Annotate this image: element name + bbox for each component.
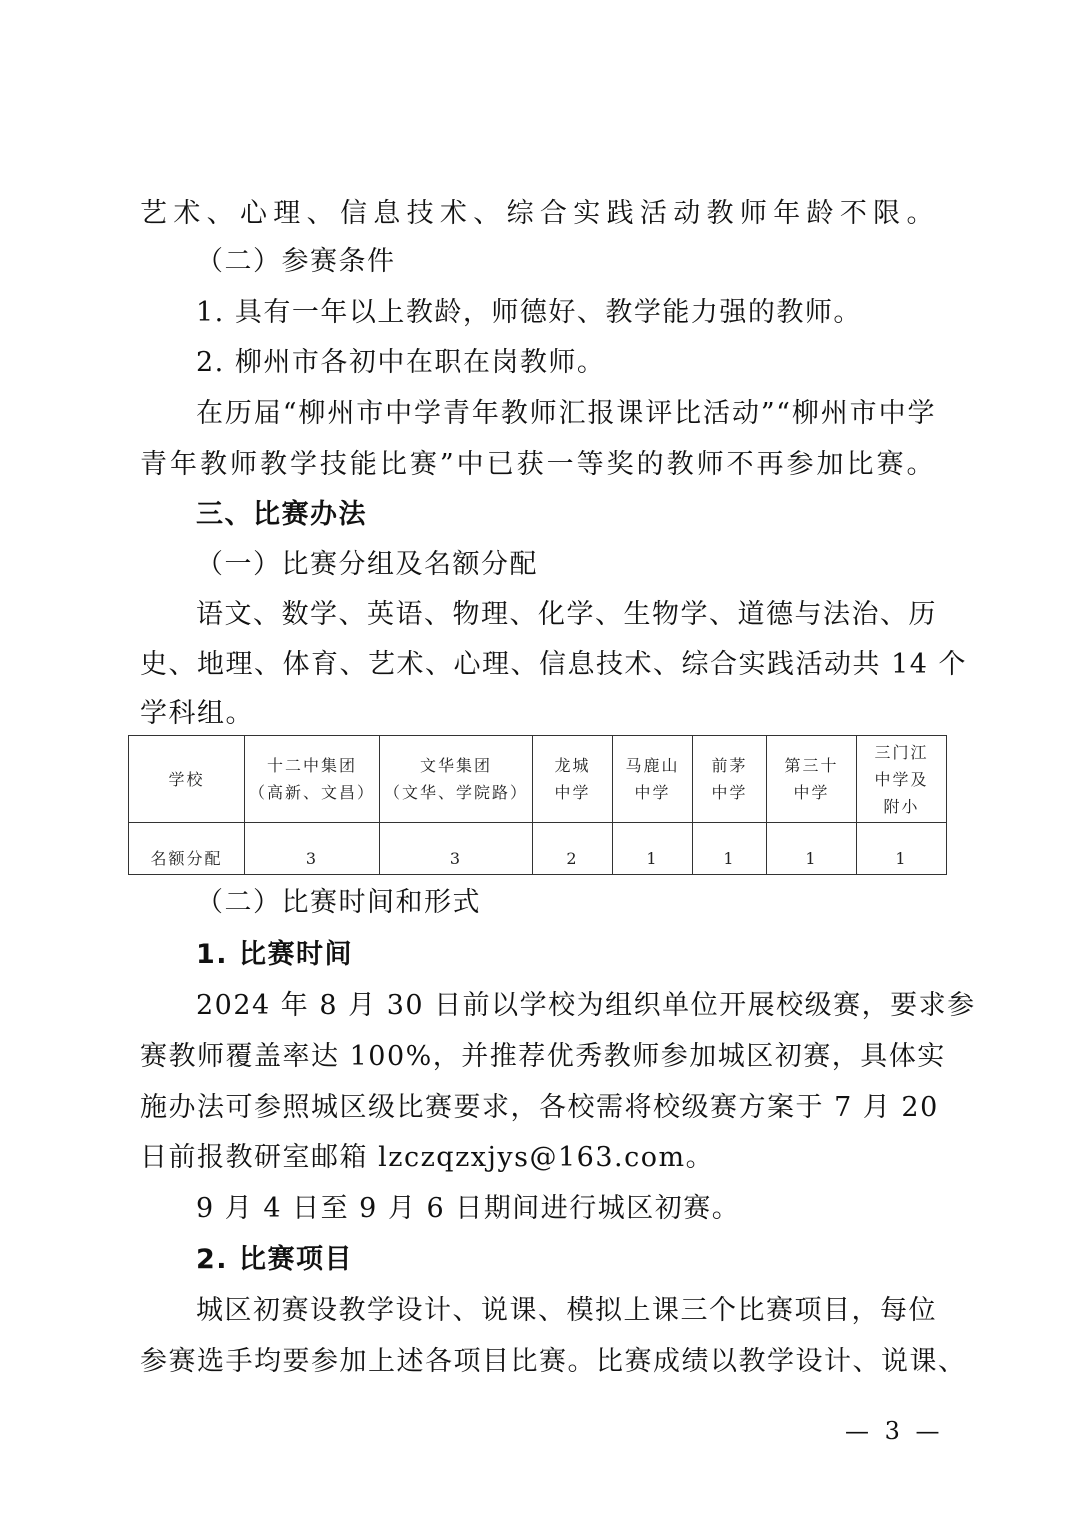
subheading-conditions: （二）参赛条件 [196, 245, 396, 279]
table-cell-school: 马鹿山中学 [613, 736, 693, 823]
paragraph-subjects-line2: 史、地理、体育、艺术、心理、信息技术、综合实践活动共 14 个 [140, 648, 935, 682]
table-cell-quota: 1 [613, 823, 693, 875]
section-heading-competition-method: 三、比赛办法 [196, 498, 367, 532]
quota-table: 学校 十二中集团（高新、文昌） 文华集团（文华、学院路） 龙城中学 马鹿山中学 … [128, 735, 947, 875]
table-row-quota: 名额分配 3 3 2 1 1 1 1 [129, 823, 947, 875]
table-row-schools: 学校 十二中集团（高新、文昌） 文华集团（文华、学院路） 龙城中学 马鹿山中学 … [129, 736, 947, 823]
row-header-quota: 名额分配 [129, 823, 245, 875]
condition-item-2: 2. 柳州市各初中在职在岗教师。 [196, 346, 605, 380]
paragraph-subjects-line1: 语文、数学、英语、物理、化学、生物学、道德与法治、历 [196, 598, 936, 632]
paragraph-time-line4-email: 日前报教研室邮箱 lzczqzxjys@163.com。 [140, 1141, 714, 1175]
paragraph-items-line1: 城区初赛设教学设计、说课、模拟上课三个比赛项目，每位 [196, 1294, 936, 1328]
paragraph-preliminary-dates: 9 月 4 日至 9 月 6 日期间进行城区初赛。 [196, 1192, 740, 1226]
table-cell-quota: 1 [767, 823, 857, 875]
paragraph-time-line3: 施办法可参照城区级比赛要求，各校需将校级赛方案于 7 月 20 [140, 1091, 935, 1125]
heading-competition-time: 1. 比赛时间 [196, 938, 353, 972]
paragraph-items-line2: 参赛选手均要参加上述各项目比赛。比赛成绩以教学设计、说课、 [140, 1345, 935, 1379]
table-cell-quota: 1 [693, 823, 767, 875]
paragraph-time-line1: 2024 年 8 月 30 日前以学校为组织单位开展校级赛，要求参 [196, 989, 936, 1023]
heading-competition-items: 2. 比赛项目 [196, 1243, 353, 1277]
condition-item-1: 1. 具有一年以上教龄，师德好、教学能力强的教师。 [196, 296, 862, 330]
paragraph-age-limit: 艺术、心理、信息技术、综合实践活动教师年龄不限。 [140, 197, 935, 231]
table-cell-school: 三门江中学及附小 [857, 736, 947, 823]
table-cell-school: 文华集团（文华、学院路） [380, 736, 533, 823]
row-header-school: 学校 [129, 736, 245, 823]
paragraph-time-line2: 赛教师覆盖率达 100%，并推荐优秀教师参加城区初赛，具体实 [140, 1040, 935, 1074]
table-cell-school: 龙城中学 [533, 736, 613, 823]
table-cell-school: 十二中集团（高新、文昌） [245, 736, 380, 823]
table-cell-quota: 1 [857, 823, 947, 875]
page-number: — 3 — [845, 1417, 944, 1445]
table-cell-quota: 3 [380, 823, 533, 875]
table-cell-quota: 2 [533, 823, 613, 875]
table-cell-quota: 3 [245, 823, 380, 875]
paragraph-subjects-line3: 学科组。 [140, 697, 254, 731]
subheading-groups-quota: （一）比赛分组及名额分配 [196, 548, 538, 582]
table-cell-school: 前茅中学 [693, 736, 767, 823]
paragraph-exclusion-line2: 青年教师教学技能比赛”中已获一等奖的教师不再参加比赛。 [140, 448, 935, 482]
paragraph-exclusion-line1: 在历届“柳州市中学青年教师汇报课评比活动”“柳州市中学 [196, 397, 936, 431]
subheading-time-form: （二）比赛时间和形式 [196, 886, 481, 920]
table-cell-school: 第三十中学 [767, 736, 857, 823]
